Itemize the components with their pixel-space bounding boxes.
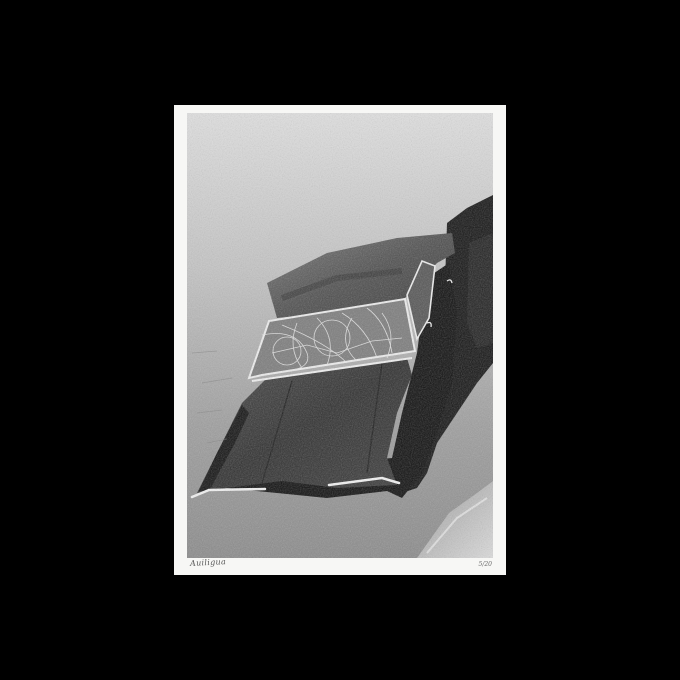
edition-number: 5/20 bbox=[479, 561, 492, 568]
photograph bbox=[187, 113, 493, 558]
submerged-car-photo bbox=[187, 113, 493, 558]
print-paper: Auiligua 5/20 bbox=[174, 105, 506, 575]
artist-signature: Auiligua bbox=[190, 557, 226, 568]
